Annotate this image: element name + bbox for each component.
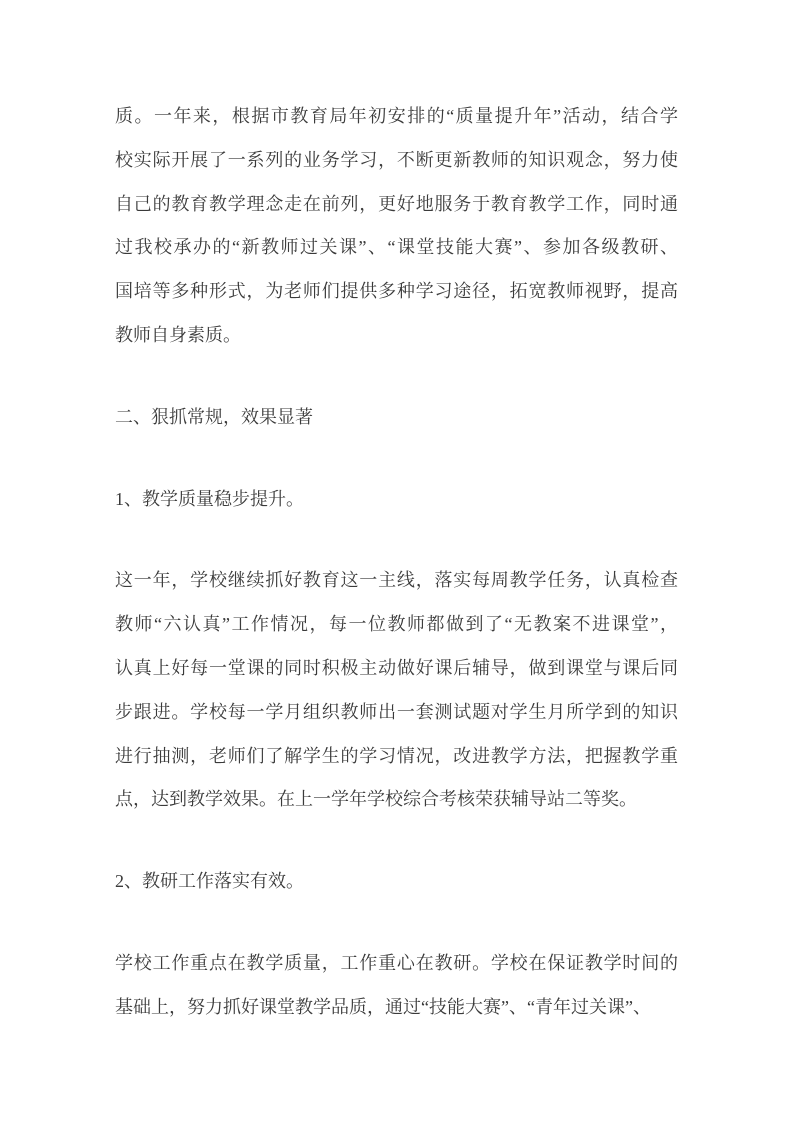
text-line: 国培等多种形式，为老师们提供多种学习途径，拓宽教师视野，提高 [115,270,678,314]
text-line: 教师自身素质。 [115,314,678,358]
text-line: 基础上，努力抓好课堂教学品质，通过“技能大赛”、“青年过关课”、 [115,986,678,1030]
text-line: 进行抽测，老师们了解学生的学习情况，改进教学方法，把握教学重 [115,735,678,779]
paragraph: 质。一年来，根据市教育局年初安排的“质量提升年”活动，结合学校实际开展了一系列的… [115,95,678,358]
text-line: 过我校承办的“新教师过关课”、“课堂技能大赛”、参加各级教研、 [115,226,678,270]
text-line: 校实际开展了一系列的业务学习，不断更新教师的知识观念，努力使 [115,139,678,183]
text-line: 认真上好每一堂课的同时积极主动做好课后辅导，做到课堂与课后同 [115,647,678,691]
text-line: 学校工作重点在教学质量，工作重心在教研。学校在保证教学时间的 [115,942,678,986]
text-line: 自己的教育教学理念走在前列，更好地服务于教育教学工作，同时通 [115,183,678,227]
numbered-subheading: 2、教研工作落实有效。 [115,860,678,904]
text-line: 教师“六认真”工作情况，每一位教师都做到了“无教案不进课堂”， [115,603,678,647]
text-line: 2、教研工作落实有效。 [115,860,678,904]
section-heading: 二、狠抓常规，效果显著 [115,396,678,440]
numbered-subheading: 1、教学质量稳步提升。 [115,478,678,522]
paragraph: 学校工作重点在教学质量，工作重心在教研。学校在保证教学时间的基础上，努力抓好课堂… [115,942,678,1030]
paragraph: 这一年，学校继续抓好教育这一主线，落实每周教学任务，认真检查教师“六认真”工作情… [115,559,678,822]
text-line: 1、教学质量稳步提升。 [115,478,678,522]
text-line: 步跟进。学校每一学月组织教师出一套测试题对学生月所学到的知识 [115,691,678,735]
text-line: 这一年，学校继续抓好教育这一主线，落实每周教学任务，认真检查 [115,559,678,603]
text-line: 二、狠抓常规，效果显著 [115,396,678,440]
document-page: 质。一年来，根据市教育局年初安排的“质量提升年”活动，结合学校实际开展了一系列的… [0,0,793,1122]
text-line: 质。一年来，根据市教育局年初安排的“质量提升年”活动，结合学 [115,95,678,139]
document-body: 质。一年来，根据市教育局年初安排的“质量提升年”活动，结合学校实际开展了一系列的… [115,95,678,1030]
text-line: 点，达到教学效果。在上一学年学校综合考核荣获辅导站二等奖。 [115,778,678,822]
